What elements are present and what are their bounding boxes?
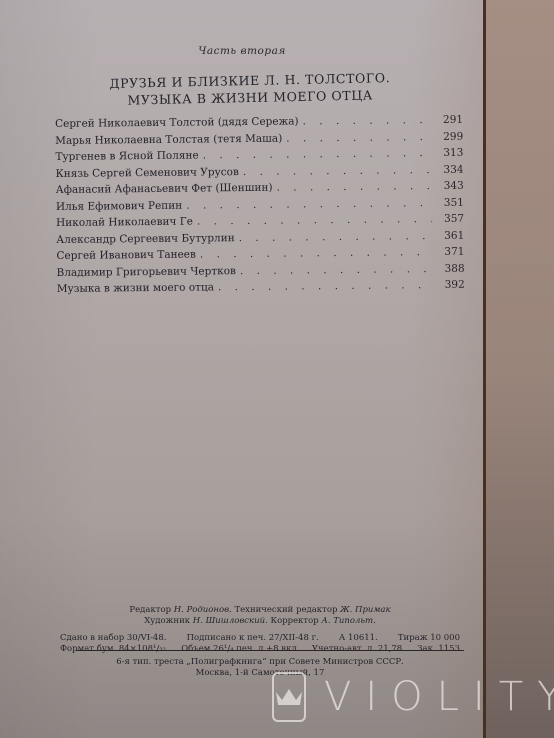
toc-leader-dots: . . . . . . . . . . . . . . . . . . . . … [239, 230, 433, 244]
artist-name: Н. Шишловский. [193, 616, 268, 626]
toc-leader-dots: . . . . . . . . . . . . . . . . . . . . … [218, 279, 433, 293]
toc-leader-dots: . . . . . . . . . . . . . . . . . . . . … [203, 147, 432, 161]
toc-leader-dots: . . . . . . . . . . . . . . . . . . . . … [277, 180, 432, 194]
tech-editor-name: Ж. Примак [340, 605, 390, 615]
toc-entry-title: Афанасий Афанасьевич Фет (Шеншин) [56, 182, 273, 196]
toc-leader-dots: . . . . . . . . . . . . . . . . . . . . … [303, 114, 432, 127]
typeset-date: Сдано в набор 30/VI-48. [60, 633, 166, 644]
toc-leader-dots: . . . . . . . . . . . . . . . . . . . . … [240, 263, 433, 277]
print-details-line-1: Сдано в набор 30/VI-48. Подписано к печ.… [60, 633, 460, 644]
editor-name: Н. Родионов. [174, 605, 232, 615]
table-of-contents: Сергей Николаевич Толстой (дядя Сережа) … [55, 114, 465, 300]
toc-entry-title: Князь Сергей Семенович Урусов [56, 166, 239, 180]
corrector-name: А. Типольт. [321, 616, 375, 626]
toc-leader-dots: . . . . . . . . . . . . . . . . . . . . … [200, 246, 433, 260]
toc-entry-title: Марья Николаевна Толстая (тетя Маша) [55, 132, 282, 146]
toc-entry-title: Музыка в жизни моего отца [57, 281, 214, 295]
toc-leader-dots: . . . . . . . . . . . . . . . . . . . . … [197, 213, 432, 227]
toc-entry-title: Сергей Николаевич Толстой (дядя Сережа) [55, 115, 299, 130]
toc-leader-dots: . . . . . . . . . . . . . . . . . . . . … [186, 197, 432, 212]
toc-entry-page: 371 [436, 246, 464, 258]
tech-editor-label: Технический редактор [234, 605, 337, 615]
toc-entry-page: 334 [435, 163, 463, 175]
part-label: Часть вторая [0, 45, 484, 57]
toc-leader-dots: . . . . . . . . . . . . . . . . . . . . … [286, 131, 431, 145]
toc-entry-page: 299 [435, 130, 463, 142]
editor-label: Редактор [129, 605, 171, 615]
watermark: VIOLITY [272, 668, 554, 726]
toc-entry-title: Сергей Иванович Танеев [56, 249, 196, 262]
imprint-block: Редактор Н. Родионов. Технический редакт… [60, 605, 460, 655]
corrector-label: Корректор [271, 616, 319, 626]
artist-corrector-line: Художник Н. Шишловский. Корректор А. Тип… [60, 616, 460, 627]
toc-entry-page: 357 [436, 213, 464, 225]
toc-entry-page: 351 [436, 196, 464, 208]
signed-date: Подписано к печ. 27/XII-48 г. [187, 633, 319, 644]
print-run: Тираж 10 000 [398, 633, 460, 644]
toc-entry-page: 343 [436, 180, 464, 192]
book-page-right [486, 0, 554, 738]
toc-entry-title: Тургенев в Ясной Поляне [55, 149, 198, 163]
toc-entry-page: 361 [436, 229, 464, 241]
printer-line-1: 6-я тип. треста „Полиграфкнига“ при Сове… [60, 657, 460, 668]
censor-code: А 10611. [339, 633, 378, 644]
editors-line: Редактор Н. Родионов. Технический редакт… [60, 605, 460, 616]
artist-label: Художник [144, 616, 190, 626]
toc-entry-title: Александр Сергеевич Бутурлин [56, 232, 235, 246]
toc-entry-title: Владимир Григорьевич Чертков [57, 265, 236, 279]
toc-entry-page: 392 [437, 279, 465, 291]
toc-entry-title: Илья Ефимович Репин [56, 199, 182, 212]
crown-icon [272, 672, 306, 722]
toc-entry-page: 388 [437, 262, 465, 274]
toc-entry-page: 313 [435, 147, 463, 159]
section-title: ДРУЗЬЯ И БЛИЗКИЕ Л. Н. ТОЛСТОГО. МУЗЫКА … [100, 69, 401, 109]
toc-leader-dots: . . . . . . . . . . . . . . . . . . . . … [243, 164, 432, 178]
toc-entry-page: 291 [435, 114, 463, 126]
watermark-text: VIOLITY [324, 674, 554, 720]
divider [76, 650, 464, 651]
book-page-left: Часть вторая ДРУЗЬЯ И БЛИЗКИЕ Л. Н. ТОЛС… [0, 0, 484, 738]
toc-entry: Музыка в жизни моего отца . . . . . . . … [57, 279, 465, 300]
toc-entry-title: Николай Николаевич Ге [56, 216, 193, 229]
